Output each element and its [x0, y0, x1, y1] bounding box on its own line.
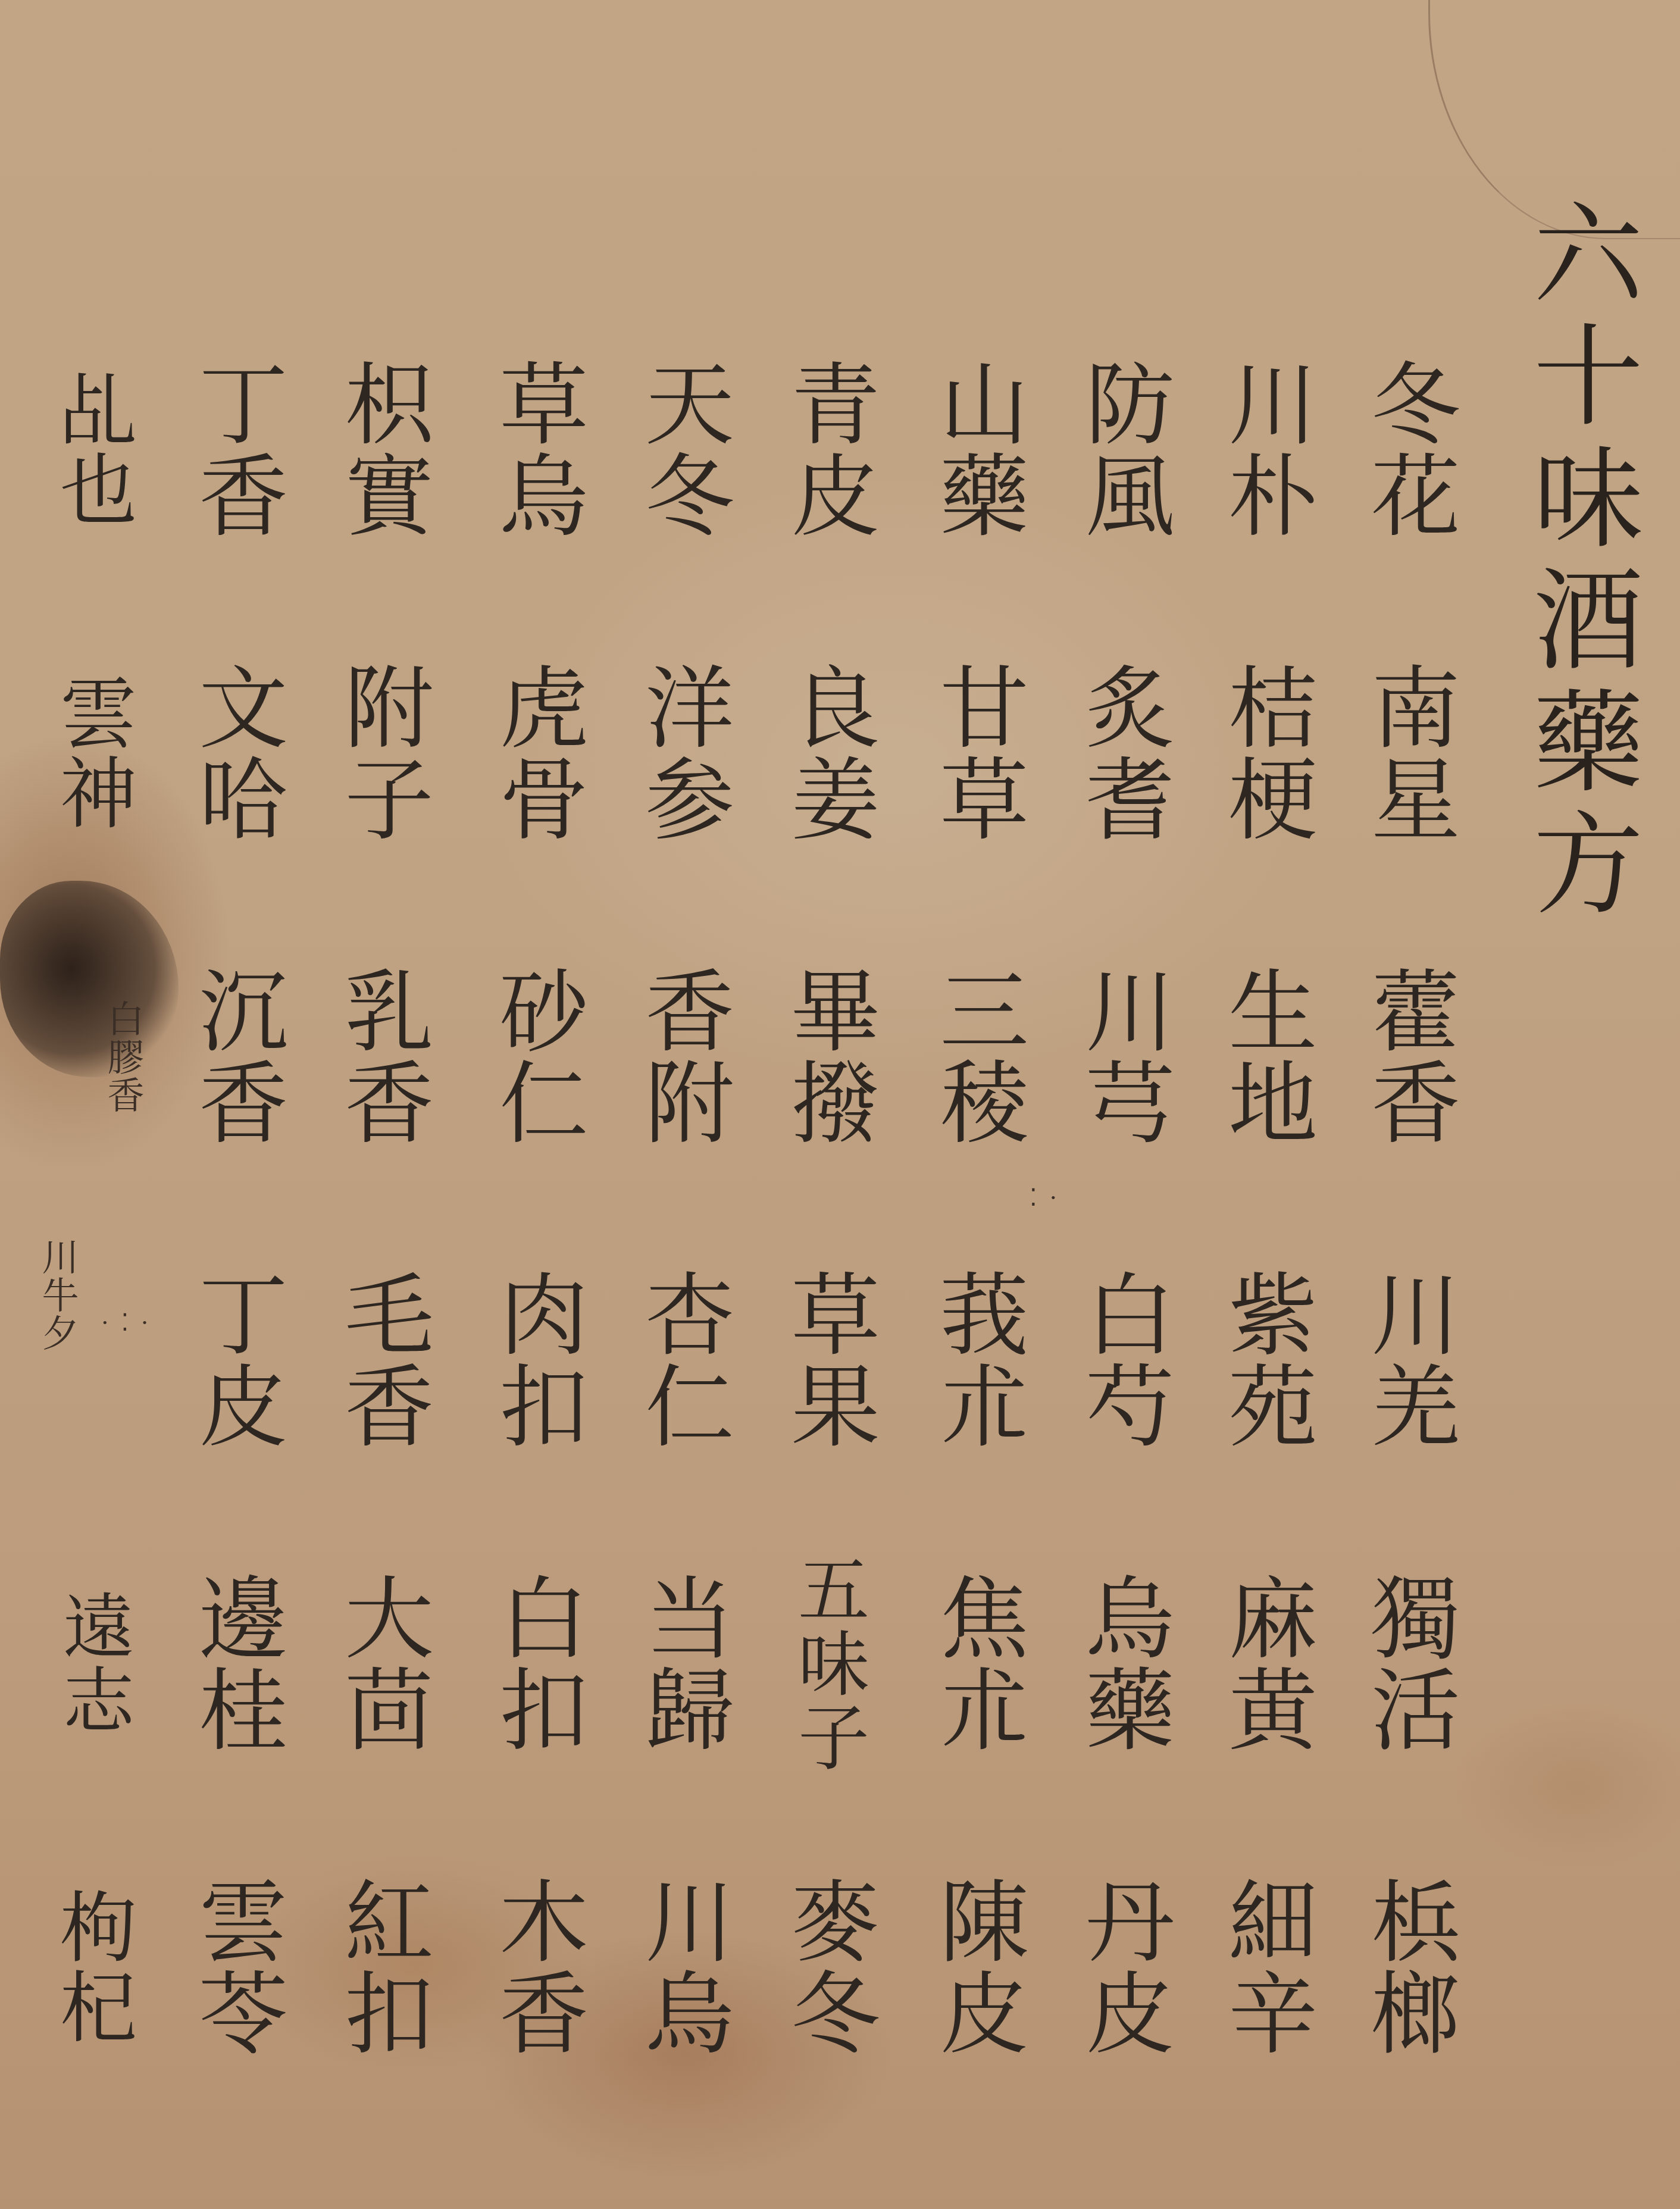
herb-entry: 洋参 — [637, 613, 726, 893]
herb-entry: 虎骨 — [491, 613, 580, 893]
herb-entry: 麻黄 — [1220, 1523, 1309, 1803]
herb-entry: 乳香 — [336, 916, 426, 1196]
herb-entry: 莪朮 — [931, 1220, 1021, 1500]
herb-entry: 草烏 — [491, 309, 580, 589]
herb-entry: 丹皮 — [1077, 1827, 1166, 2107]
herb-column-7: 草烏 虎骨 砂仁 肉扣 白扣 木香 — [470, 309, 601, 2130]
herb-entry: 雲神 — [54, 613, 131, 893]
herb-entry: 白芍 — [1077, 1220, 1166, 1500]
herb-entry: 桔梗 — [1220, 613, 1309, 893]
herb-entry: 白扣 — [491, 1523, 580, 1803]
herb-entry: 丁皮 — [190, 1220, 280, 1500]
herb-entry: 生地 — [1220, 916, 1309, 1196]
herb-entry: 紅扣 — [336, 1827, 426, 2107]
herb-column-10: 乩也 雲神 遠志 枸杞 — [36, 309, 149, 2130]
herb-entry: 烏藥 — [1077, 1523, 1166, 1803]
herb-entry: 麥冬 — [783, 1827, 872, 2107]
herb-entry: 獨活 — [1363, 1523, 1452, 1803]
herb-entry: 沉香 — [190, 916, 280, 1196]
herb-entry: 防風 — [1077, 309, 1166, 589]
herb-column-2: 川朴 桔梗 生地 紫苑 麻黄 細辛 — [1199, 309, 1330, 2130]
herb-column-3: 防風 炙耆 川芎 白芍 烏藥 丹皮 — [1056, 309, 1187, 2130]
herb-entry: 五味子 — [791, 1523, 863, 1803]
manuscript-page: 六十味酒藥方 冬花 南星 藿香 川羌 獨活 梹榔 川朴 桔梗 生地 紫苑 麻黄 … — [0, 0, 1680, 2209]
herb-entry: 藿香 — [1363, 916, 1452, 1196]
herb-entry: 枸杞 — [54, 1827, 131, 2107]
page-title: 六十味酒藥方 — [1523, 196, 1634, 928]
ink-dots: · ⁚ · — [101, 1309, 151, 1337]
herb-entry: 焦朮 — [931, 1523, 1021, 1803]
herb-entry: 良姜 — [783, 613, 872, 893]
margin-annotation: 白膠香 — [104, 1000, 141, 1114]
herb-entry: 梹榔 — [1363, 1827, 1452, 2107]
herb-entry: 乩也 — [54, 309, 131, 589]
herb-entry: 三稜 — [931, 916, 1021, 1196]
herb-entry: 川芎 — [1077, 916, 1166, 1196]
herb-entry: 川朴 — [1220, 309, 1309, 589]
herb-entry: 畢撥 — [783, 916, 872, 1196]
herb-entry: 天冬 — [637, 309, 726, 589]
herb-entry: 冬花 — [1363, 309, 1452, 589]
herb-entry: 甘草 — [931, 613, 1021, 893]
herb-entry: 香附 — [637, 916, 726, 1196]
herb-column-6: 天冬 洋参 香附 杏仁 当歸 川烏 — [616, 309, 747, 2130]
herb-entry: 砂仁 — [491, 916, 580, 1196]
herb-entry: 杏仁 — [637, 1220, 726, 1500]
herb-entry: 細辛 — [1220, 1827, 1309, 2107]
herb-entry: 南星 — [1363, 613, 1452, 893]
herb-entry: 邊桂 — [190, 1523, 280, 1803]
herb-entry: 山藥 — [931, 309, 1021, 589]
herb-entry: 遠志 — [57, 1523, 128, 1803]
herb-entry: 青皮 — [783, 309, 872, 589]
herb-entry: 草果 — [783, 1220, 872, 1500]
margin-annotation: 川牛夕 — [39, 1238, 76, 1352]
herb-entry: 丁香 — [190, 309, 280, 589]
herb-entry: 陳皮 — [931, 1827, 1021, 2107]
herb-entry: 炙耆 — [1077, 613, 1166, 893]
herb-entry: 紫苑 — [1220, 1220, 1309, 1500]
herb-entry: 文哈 — [190, 613, 280, 893]
herb-entry: 川羌 — [1363, 1220, 1452, 1500]
ink-blot — [0, 881, 179, 1077]
herb-column-9: 丁香 文哈 沉香 丁皮 邊桂 雲苓 — [170, 309, 301, 2130]
herb-entry: 当歸 — [637, 1523, 726, 1803]
herb-entry: 附子 — [336, 613, 426, 893]
herb-entry: 雲苓 — [190, 1827, 280, 2107]
ink-dots: ⁚ · — [1030, 1184, 1059, 1212]
herb-entry: 大茴 — [336, 1523, 426, 1803]
herb-entry: 肉扣 — [491, 1220, 580, 1500]
herb-column-5: 青皮 良姜 畢撥 草果 五味子 麥冬 — [762, 309, 893, 2130]
herb-entry: 枳實 — [336, 309, 426, 589]
herb-column-1: 冬花 南星 藿香 川羌 獨活 梹榔 — [1342, 309, 1473, 2130]
herb-column-8: 枳實 附子 乳香 毛香 大茴 紅扣 — [315, 309, 446, 2130]
herb-column-4: 山藥 甘草 三稜 莪朮 焦朮 陳皮 — [911, 309, 1041, 2130]
herb-entry: 木香 — [491, 1827, 580, 2107]
herb-entry: 川烏 — [637, 1827, 726, 2107]
herb-entry: 毛香 — [336, 1220, 426, 1500]
